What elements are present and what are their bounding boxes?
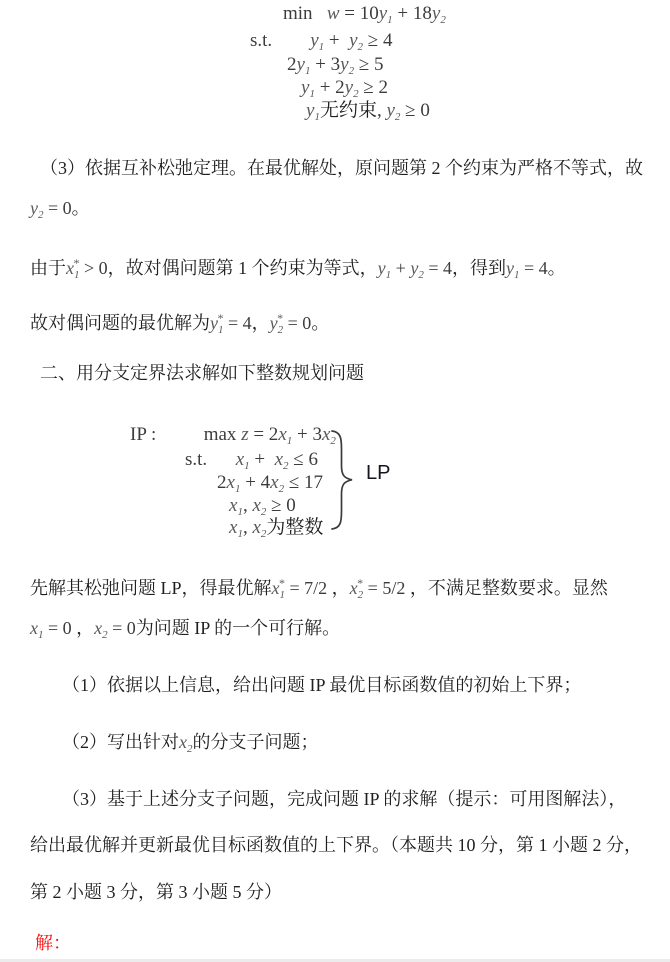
- solution-label: 解：: [35, 931, 71, 955]
- question-3-line-1: （3）基于上述分支子问题，完成问题 IP 的求解（提示：可用图解法），: [62, 787, 626, 811]
- ip-constraint-4: x1, x2为整数: [229, 516, 323, 546]
- question-3-line-3: 第 2 小题 3 分，第 3 小题 5 分）: [30, 880, 282, 904]
- question-3-line-2: 给出最优解并更新最优目标函数值的上下界。（本题共 10 分，第 1 小题 2 分…: [30, 833, 642, 857]
- dual-constraint-4: y1无约束, y2 ≥ 0: [306, 99, 430, 129]
- para-dual-eq-line: 由于x1* > 0，故对偶问题第 1 个约束为等式，y1 + y2 = 4，得到…: [30, 251, 566, 287]
- para-dual-optimal-line: 故对偶问题的最优解为y1* = 4，y2* = 0。: [30, 306, 329, 342]
- para-part3-line-2: y2 = 0。: [30, 196, 90, 227]
- para-part3-line-1: （3）依据互补松弛定理。在最优解处，原问题第 2 个约束为严格不等式，故: [40, 156, 643, 180]
- lp-relaxation-label: LP: [366, 462, 390, 485]
- section-2-heading: 二、用分支定界法求解如下整数规划问题: [40, 361, 364, 385]
- question-2: （2）写出针对x2的分支子问题；: [62, 730, 319, 761]
- para-relax-line-2: x1 = 0 ，x2 = 0为问题 IP 的一个可行解。: [30, 616, 340, 647]
- document-page: LP min w = 10y1 + 18y2s.t. y1 + y2 ≥ 42y…: [0, 0, 670, 962]
- dual-objective: min w = 10y1 + 18y2: [283, 2, 446, 32]
- para-relax-line-1: 先解其松弛问题 LP，得最优解x1* = 7/2 ，x2* = 5/2 ，不满足…: [30, 571, 608, 607]
- question-1: （1）依据以上信息，给出问题 IP 最优目标函数值的初始上下界；: [62, 673, 581, 697]
